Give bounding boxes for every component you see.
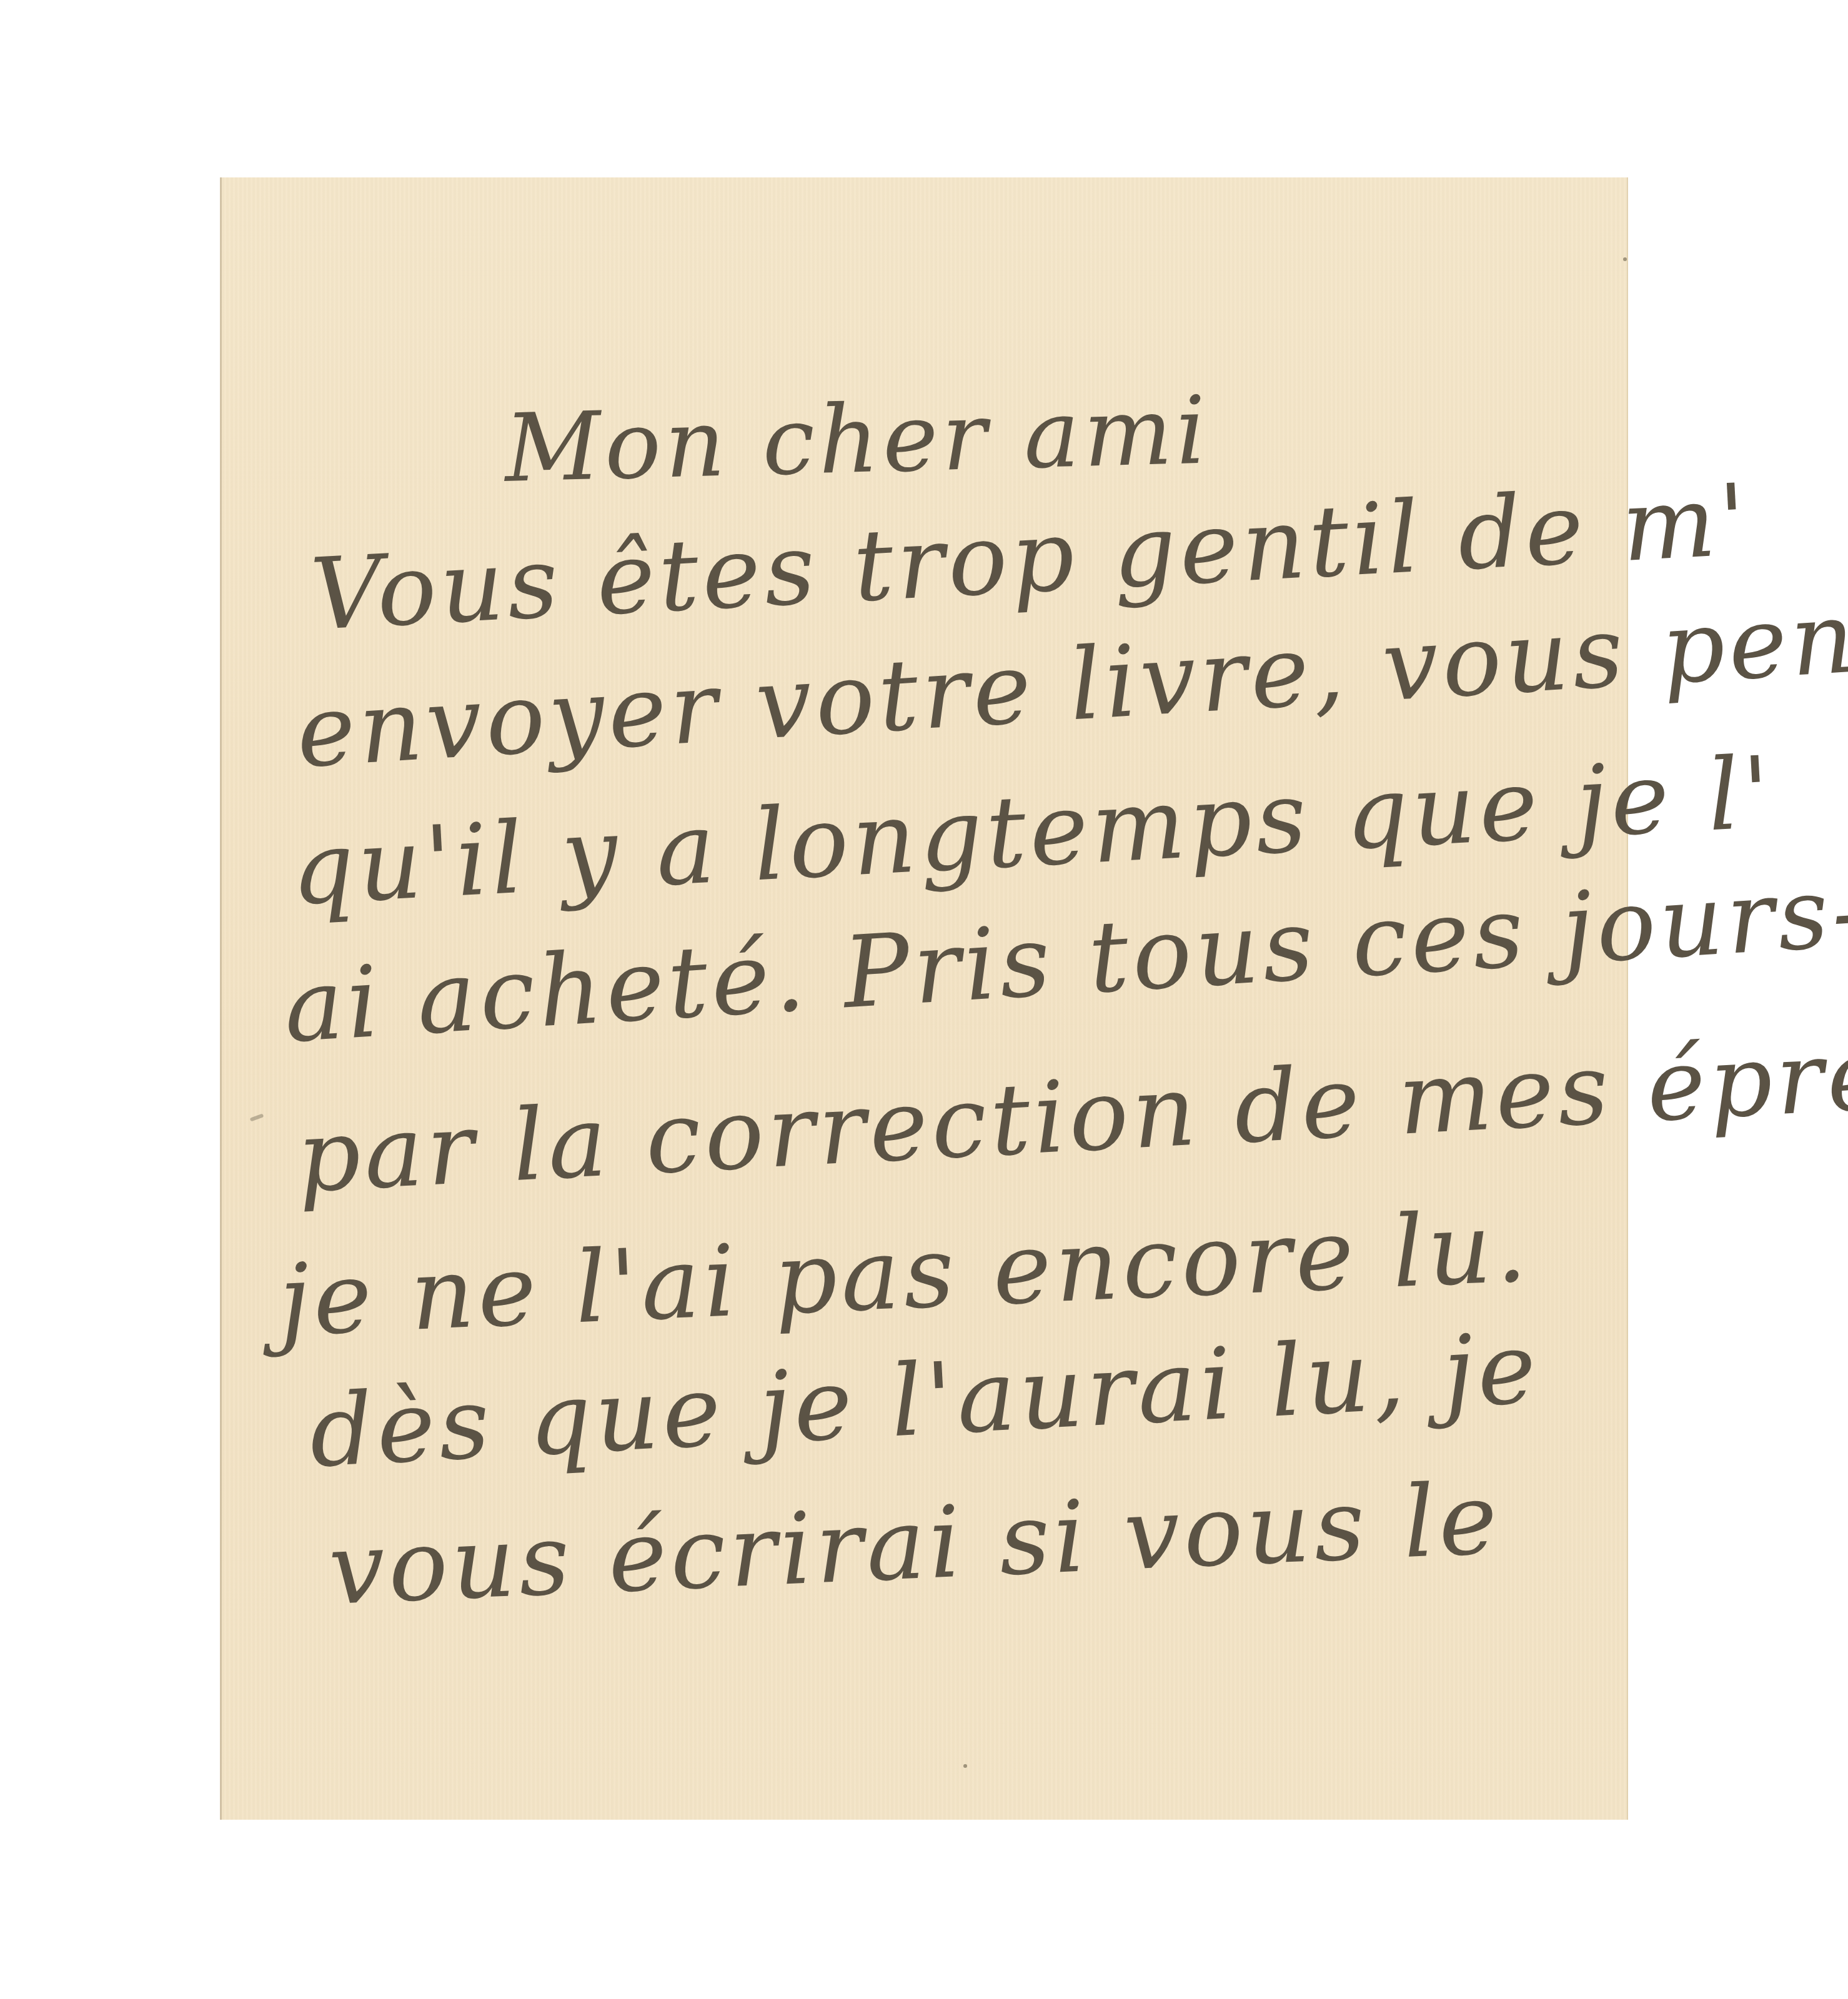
ink-speck	[1623, 257, 1627, 261]
letter-line-8: vous écrirai si vous le	[327, 1469, 1503, 1619]
margin-mark	[250, 1113, 264, 1121]
letter-sheet: Mon cher ami Vous êtes trop gentil de m'…	[220, 177, 1628, 1820]
ink-speck	[963, 1764, 967, 1768]
salutation: Mon cher ami	[504, 384, 1211, 496]
